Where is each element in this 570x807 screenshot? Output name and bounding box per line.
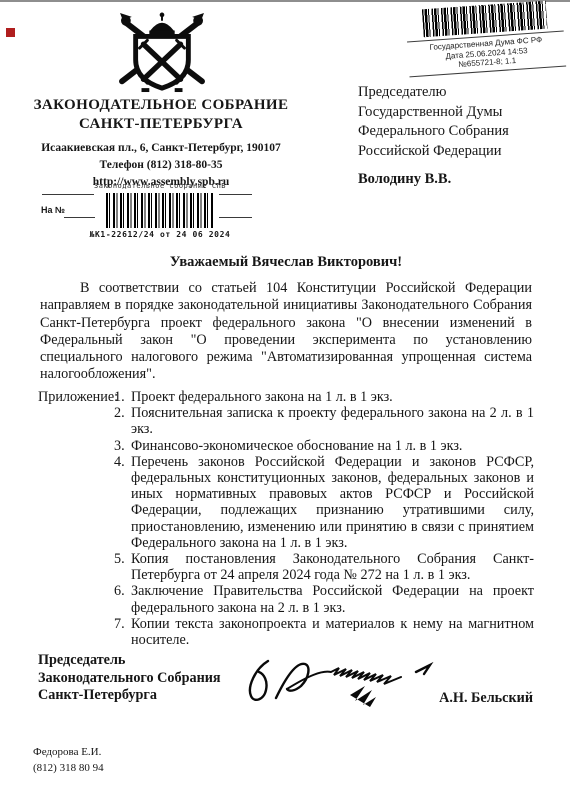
attachment-text: Копии текста законопроекта и материалов …: [131, 616, 534, 648]
org-name-line2: САНКТ-ПЕТЕРБУРГА: [0, 115, 322, 134]
attachment-item: 6. Заключение Правительства Российской Ф…: [114, 583, 534, 615]
org-phone: Телефон (812) 318-80-35: [0, 157, 322, 174]
attachment-number: 2.: [114, 405, 131, 437]
attachments-list: 1. Проект федерального закона на 1 л. в …: [114, 389, 534, 648]
executor-block: Федорова Е.И. (812) 318 80 94: [33, 745, 104, 776]
attachment-item: 7. Копии текста законопроекта и материал…: [114, 616, 534, 648]
signer-title-line: Санкт-Петербурга: [38, 687, 221, 705]
na-no-label: На №: [41, 205, 65, 215]
attachment-number: 6.: [114, 583, 131, 615]
executor-phone: (812) 318 80 94: [33, 761, 104, 777]
duma-stamp-barcode: [421, 1, 547, 38]
registration-number: №К1-22612/24 от 24 06 2024: [70, 230, 250, 239]
signature-autograph: [238, 645, 443, 715]
recipient-block: Председателю Государственной Думы Федера…: [358, 83, 509, 190]
attachment-item: 3. Финансово-экономическое обоснование н…: [114, 438, 534, 454]
attachment-text: Проект федерального закона на 1 л. в 1 э…: [131, 389, 534, 405]
reference-line-left-top: [42, 194, 94, 195]
duma-stamp-textbox: Государственная Дума ФС РФ Дата 25.06.20…: [407, 31, 566, 77]
attachment-text: Копия постановления Законодательного Соб…: [131, 551, 534, 583]
recipient-line: Федерального Собрания: [358, 122, 509, 142]
recipient-line: Государственной Думы: [358, 103, 509, 123]
attachment-number: 5.: [114, 551, 131, 583]
reference-line-right-top: [219, 194, 252, 195]
letterhead: ЗАКОНОДАТЕЛЬНОЕ СОБРАНИЕ САНКТ-ПЕТЕРБУРГ…: [0, 96, 322, 191]
recipient-name: Володину В.В.: [358, 170, 509, 190]
spb-coat-of-arms-icon: [98, 11, 226, 93]
attachment-number: 1.: [114, 389, 131, 405]
attachments-section: Приложение: 1. Проект федерального закон…: [38, 389, 538, 648]
red-annotation-square: [6, 28, 15, 37]
attachment-text: Заключение Правительства Российской Феде…: [131, 583, 534, 615]
attachments-label: Приложение:: [38, 389, 114, 406]
org-address: Исаакиевская пл., 6, Санкт-Петербург, 19…: [0, 140, 322, 157]
recipient-line: Российской Федерации: [358, 142, 509, 162]
reference-line-left-bottom: [64, 217, 95, 218]
letter-body-paragraph: В соответствии со статьей 104 Конституци…: [40, 280, 532, 384]
signer-title-line: Законодательного Собрания: [38, 670, 221, 688]
reference-line-right-bottom: [219, 217, 252, 218]
executor-name: Федорова Е.И.: [33, 745, 104, 761]
attachment-item: 4. Перечень законов Российской Федерации…: [114, 454, 534, 551]
salutation: Уважаемый Вячеслав Викторович!: [40, 254, 532, 271]
scanned-letter-page: ЗАКОНОДАТЕЛЬНОЕ СОБРАНИЕ САНКТ-ПЕТЕРБУРГ…: [0, 0, 570, 807]
attachment-text: Пояснительная записка к проекту федераль…: [131, 405, 534, 437]
org-name-line1: ЗАКОНОДАТЕЛЬНОЕ СОБРАНИЕ: [0, 96, 322, 115]
scan-top-edge-line: [0, 0, 570, 2]
attachment-item: 2. Пояснительная записка к проекту федер…: [114, 405, 534, 437]
attachment-text: Финансово-экономическое обоснование на 1…: [131, 438, 534, 454]
recipient-line: Председателю: [358, 83, 509, 103]
duma-incoming-stamp: Государственная Дума ФС РФ Дата 25.06.20…: [405, 0, 566, 77]
attachment-number: 4.: [114, 454, 131, 551]
attachment-number: 3.: [114, 438, 131, 454]
signer-title-block: Председатель Законодательного Собрания С…: [38, 652, 221, 705]
registration-barcode-caption: Законодательное Собрание СПБ: [40, 182, 280, 190]
signer-name: А.Н. Бельский: [420, 690, 533, 707]
attachment-text: Перечень законов Российской Федерации и …: [131, 454, 534, 551]
attachment-item: 1. Проект федерального закона на 1 л. в …: [114, 389, 534, 405]
registration-barcode: [106, 193, 214, 228]
signer-title-line: Председатель: [38, 652, 221, 670]
attachment-item: 5. Копия постановления Законодательного …: [114, 551, 534, 583]
attachment-number: 7.: [114, 616, 131, 648]
